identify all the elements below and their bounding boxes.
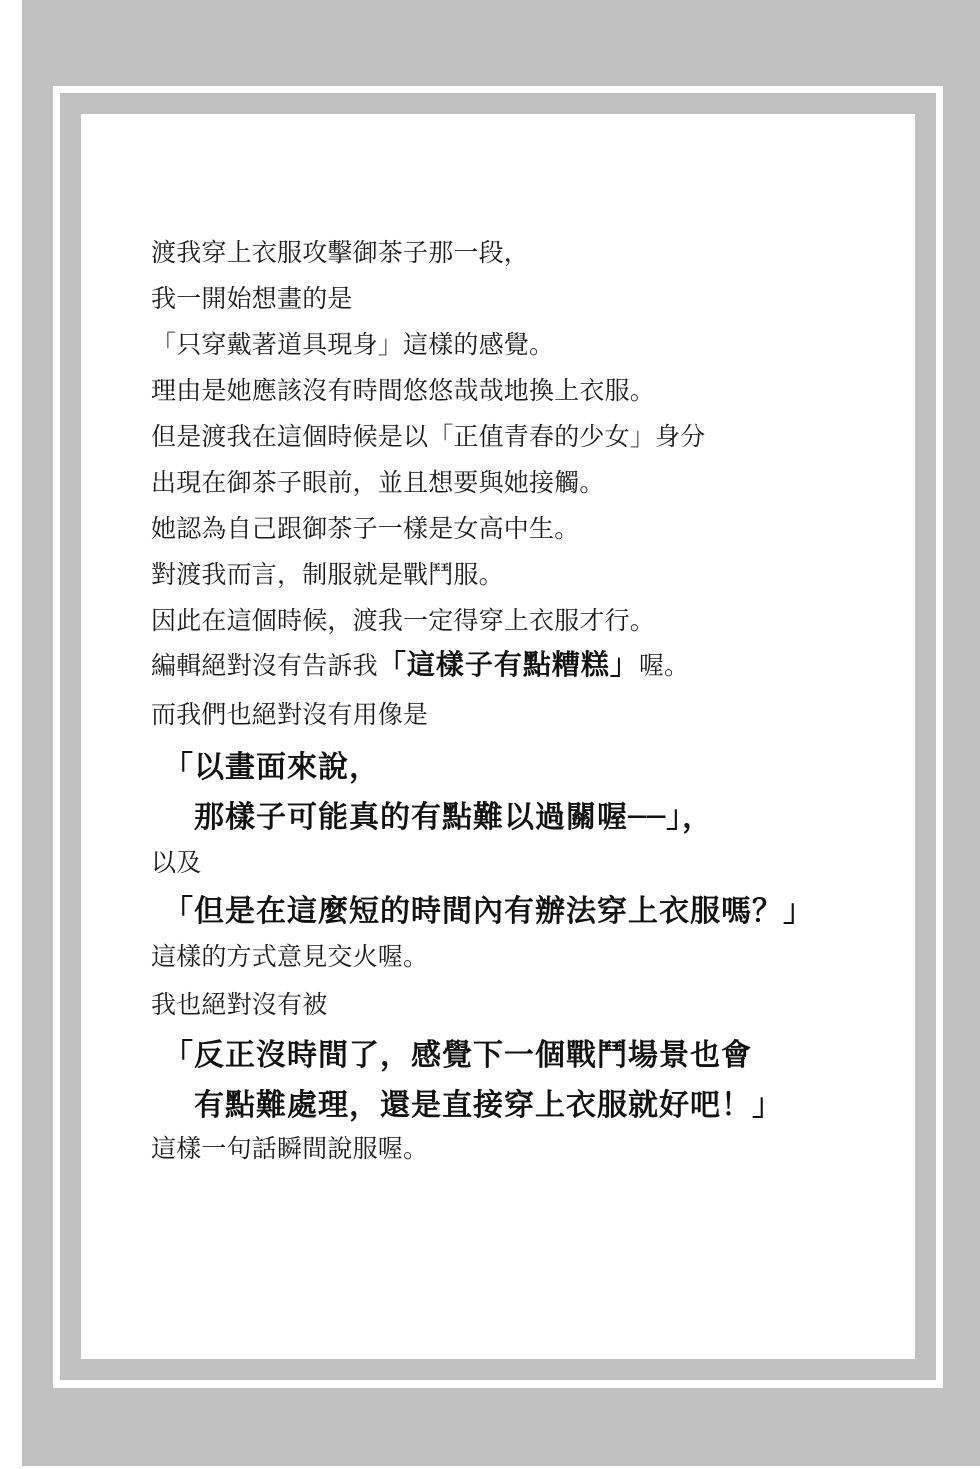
text-line: 渡我穿上衣服攻擊御茶子那一段， [151,238,529,268]
text-line: 出現在御茶子眼前，並且想要與她接觸。 [151,468,605,498]
text-line: 「只穿戴著道具現身」這樣的感覺。 [151,330,554,360]
text-line: 她認為自己跟御茶子一樣是女高中生。 [151,514,579,544]
text-line: 我一開始想畫的是 [151,284,353,314]
text-line-mixed: 編輯絕對沒有告訴我「這樣子有點糟糕」喔。 [151,650,689,681]
bold-quote-line: 「但是在這麼短的時間內有辦法穿上衣服嗎？」 [163,894,814,930]
bold-quote-line: 「反正沒時間了，感覺下一個戰鬥場景也會 [163,1038,752,1074]
text-line: 我也絕對沒有被 [151,990,327,1020]
text-line: 這樣的方式意見交火喔。 [151,942,428,972]
text-line: 對渡我而言，制服就是戰鬥服。 [151,560,504,590]
text-line: 理由是她應該沒有時間悠悠哉哉地換上衣服。 [151,376,655,406]
text-line: 而我們也絕對沒有用像是 [151,700,428,730]
bold-quote-line: 有點難處理，還是直接穿上衣服就好吧！」 [163,1088,783,1124]
text-line: 以及 [151,848,201,878]
emphasized-quote: 「這樣子有點糟糕」 [378,648,639,681]
text-line: 因此在這個時候，渡我一定得穿上衣服才行。 [151,606,655,636]
bold-quote-line: 那樣子可能真的有點難以過關喔──」， [163,800,713,836]
text-line: 但是渡我在這個時候是以「正值青春的少女」身分 [151,422,705,452]
text-segment: 喔。 [639,651,689,680]
bold-quote-line: 「以畫面來說， [163,750,380,786]
text-segment: 編輯絕對沒有告訴我 [151,651,378,680]
text-line: 這樣一句話瞬間說服喔。 [151,1134,428,1164]
